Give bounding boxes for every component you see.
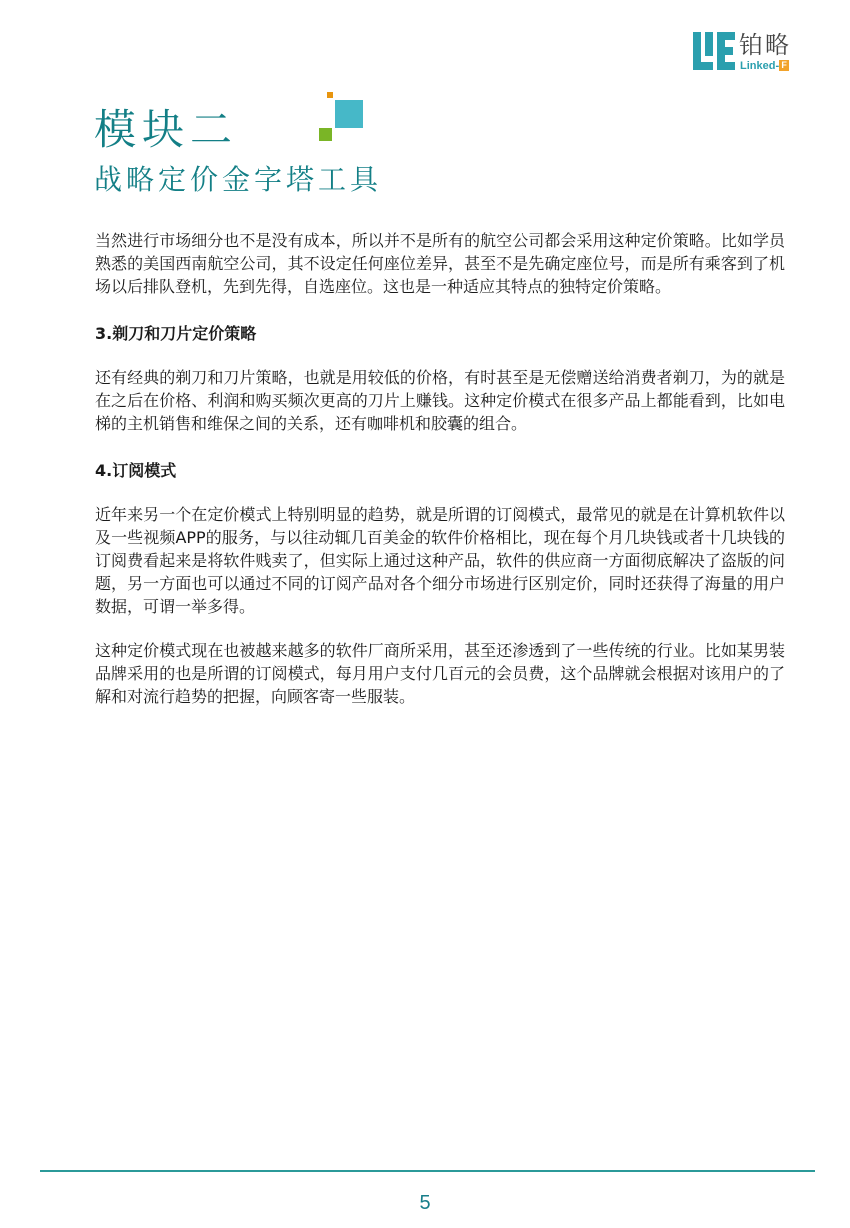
page-number: 5 xyxy=(0,1192,850,1215)
intro-paragraph: 当然进行市场细分也不是没有成本，所以并不是所有的航空公司都会采用这种定价策略。比… xyxy=(95,229,785,298)
decor-square-green xyxy=(319,128,332,141)
module-subtitle: 战略定价金字塔工具 xyxy=(94,163,382,197)
logo-chinese-name: 铂略 xyxy=(739,30,791,60)
logo-english-name: Linked-F xyxy=(740,60,789,72)
subscription-paragraph-1: 近年来另一个在定价模式上特别明显的趋势，就是所谓的订阅模式，最常见的就是在计算机… xyxy=(95,503,785,618)
module-title: 模块二 xyxy=(94,106,238,154)
decor-square-orange xyxy=(327,92,333,98)
decor-square-teal xyxy=(335,100,363,128)
linked-f-logo-icon xyxy=(693,32,735,70)
footer-divider xyxy=(40,1170,815,1172)
section-heading-razor-blade: 3.剃刀和刀片定价策略 xyxy=(95,322,785,345)
razor-blade-paragraph: 还有经典的剃刀和刀片策略，也就是用较低的价格，有时甚至是无偿赠送给消费者剃刀，为… xyxy=(95,366,785,435)
subscription-paragraph-2: 这种定价模式现在也被越来越多的软件厂商所采用，甚至还渗透到了一些传统的行业。比如… xyxy=(95,639,785,708)
logo-english-text: Linked- xyxy=(740,60,779,72)
brand-logo: 铂略 Linked-F xyxy=(693,30,813,74)
logo-f-badge: F xyxy=(779,60,789,71)
section-heading-subscription: 4.订阅模式 xyxy=(95,459,785,482)
document-body: 当然进行市场细分也不是没有成本，所以并不是所有的航空公司都会采用这种定价策略。比… xyxy=(95,229,785,708)
